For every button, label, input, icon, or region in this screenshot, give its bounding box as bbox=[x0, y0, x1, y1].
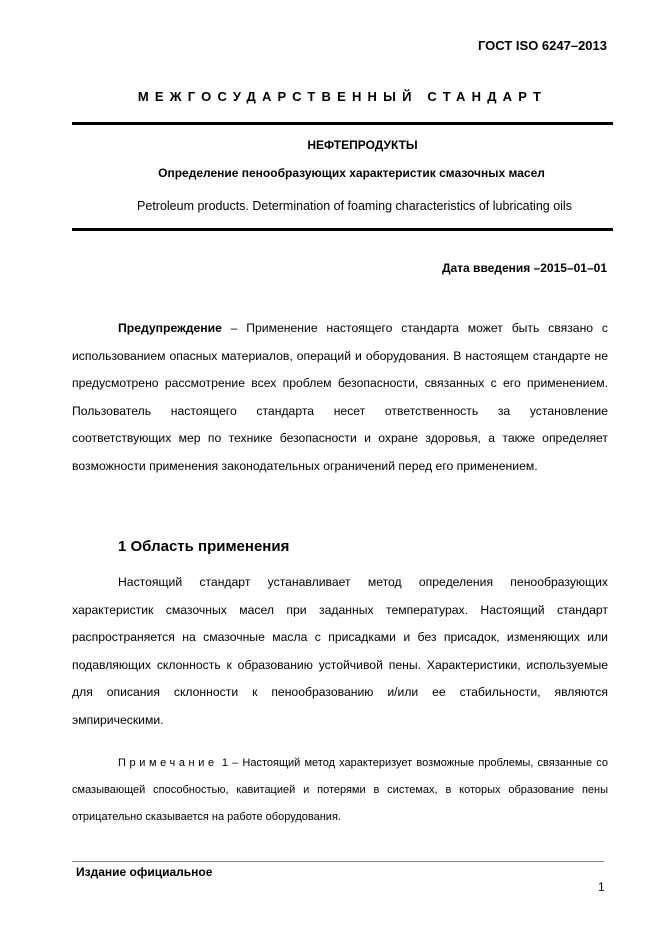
intro-date: Дата введения –2015–01–01 bbox=[442, 261, 607, 275]
gost-code: ГОСТ ISO 6247–2013 bbox=[478, 38, 607, 53]
note-label: Примечание bbox=[118, 757, 218, 769]
warning-label: Предупреждение bbox=[118, 321, 222, 335]
page-number: 1 bbox=[598, 880, 605, 894]
title-rule-bottom bbox=[72, 228, 613, 231]
edition-label: Издание официальное bbox=[76, 865, 212, 879]
note-number: 1 bbox=[218, 757, 228, 769]
footer-rule bbox=[72, 861, 604, 862]
title-english: Petroleum products. Determination of foa… bbox=[72, 199, 613, 213]
standard-kind-heading: МЕЖГОСУДАРСТВЕННЫЙ СТАНДАРТ bbox=[72, 89, 613, 104]
note-paragraph: Примечание 1 – Настоящий метод характери… bbox=[72, 750, 608, 831]
section-heading: 1 Область применения bbox=[118, 538, 289, 555]
warning-paragraph: Предупреждение – Применение настоящего с… bbox=[72, 315, 608, 481]
scope-paragraph: Настоящий стандарт устанавливает метод о… bbox=[72, 569, 608, 735]
warning-text: – Применение настоящего стандарта может … bbox=[72, 321, 608, 473]
title-rule-top bbox=[72, 122, 613, 125]
title-main: НЕФТЕПРОДУКТЫ bbox=[72, 138, 613, 152]
title-russian: Определение пенообразующих характеристик… bbox=[72, 166, 613, 180]
document-page: ГОСТ ISO 6247–2013 МЕЖГОСУДАРСТВЕННЫЙ СТ… bbox=[0, 0, 661, 935]
